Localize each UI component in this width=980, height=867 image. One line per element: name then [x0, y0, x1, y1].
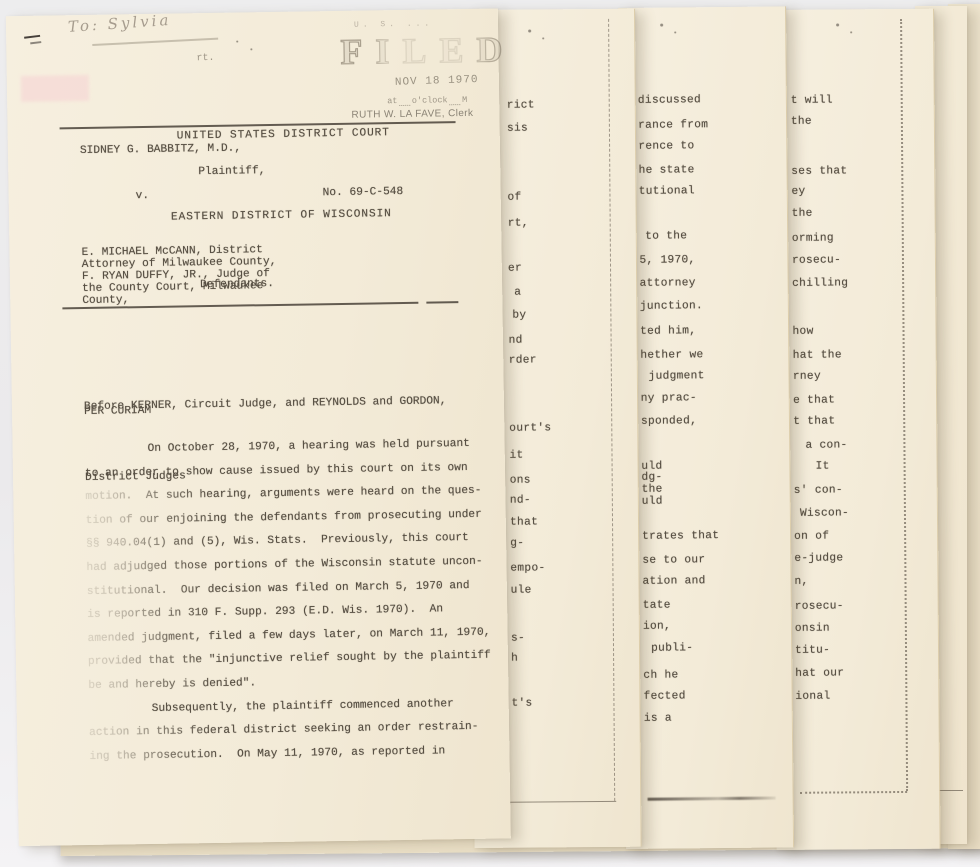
- defendants-block: E. MICHAEL McCANN, DistrictAttorney of M…: [81, 210, 277, 307]
- stamp-time-line: at o'clock M: [387, 95, 467, 106]
- pencil-dash-mark: [24, 35, 40, 39]
- text-fragment: se to our: [642, 554, 705, 567]
- pencil-dash-mark: [30, 41, 41, 44]
- text-fragment: the: [791, 116, 812, 128]
- text-fragment: ion,: [643, 621, 671, 633]
- ink-speck: [660, 24, 663, 27]
- text-fragment: onsin: [795, 623, 830, 635]
- text-fragment: chilling: [792, 277, 848, 289]
- text-fragment: rosecu-: [792, 254, 841, 266]
- text-fragment: junction.: [640, 300, 703, 313]
- text-fragment: titu-: [795, 645, 830, 657]
- text-fragment: rence to: [638, 140, 694, 153]
- ink-speck: [528, 30, 531, 33]
- plaintiff-name: SIDNEY G. BABBITZ, M.D.,: [80, 143, 241, 158]
- text-fragment: is a: [644, 713, 672, 725]
- text-fragment: e-judge: [794, 552, 843, 564]
- text-fragment: 5, 1970,: [639, 254, 695, 267]
- text-fragment: a: [514, 287, 521, 299]
- photocopy-border-line: [800, 791, 907, 794]
- photocopy-border-smudge: [648, 797, 776, 801]
- text-fragment: attorney: [640, 277, 696, 290]
- stamp-oclock: o'clock: [412, 95, 448, 106]
- text-fragment: Wiscon-: [800, 507, 849, 519]
- text-fragment: tate: [643, 600, 671, 612]
- text-fragment: it: [509, 450, 523, 462]
- text-fragment: of: [507, 192, 521, 204]
- stamp-small-text: U. S. ...: [354, 19, 433, 29]
- text-fragment: ule: [511, 585, 532, 597]
- photocopy-border-line: [608, 19, 615, 801]
- text-fragment: nd-: [510, 495, 531, 507]
- ink-speck: [850, 31, 852, 33]
- per-curiam-label: PER CURIAM: [84, 405, 151, 418]
- text-fragment: g-: [510, 538, 524, 550]
- text-fragment: trates that: [642, 530, 719, 543]
- text-fragment: h: [511, 653, 518, 665]
- text-fragment: hat our: [795, 667, 844, 679]
- opinion-body: On October 28, 1970, a hearing was held …: [84, 432, 505, 769]
- text-fragment: ch he: [643, 669, 678, 681]
- text-fragment: s-: [511, 633, 525, 645]
- page4-text-column: t willtheses thateytheormingrosecu-chill…: [770, 9, 933, 10]
- text-fragment: ny prac-: [641, 392, 697, 405]
- stamp-date: NOV 18 1970: [395, 74, 479, 89]
- text-fragment: uld: [642, 496, 663, 508]
- defendants-role: Defendants.: [200, 278, 274, 291]
- photocopy-border-line: [499, 801, 616, 803]
- dotted-leader: [450, 96, 461, 105]
- text-fragment: hat the: [793, 349, 842, 361]
- text-fragment: empo-: [510, 562, 545, 574]
- text-fragment: s' con-: [794, 484, 843, 496]
- handwritten-note: To: Sylvia: [67, 11, 171, 36]
- text-fragment: publi-: [651, 642, 693, 654]
- page3-text-column: discussedrance fromrence tohe statetutio…: [618, 6, 785, 8]
- text-fragment: t will: [791, 95, 833, 107]
- text-fragment: he state: [639, 164, 695, 177]
- text-fragment: on of: [794, 531, 829, 543]
- ink-speck: [236, 41, 238, 43]
- text-fragment: rney: [793, 371, 821, 383]
- photocopy-border-line: [900, 19, 908, 791]
- text-fragment: t's: [511, 698, 532, 710]
- text-fragment: hether we: [640, 349, 703, 362]
- ink-speck: [836, 23, 839, 26]
- text-fragment: ional: [795, 691, 830, 703]
- text-fragment: orming: [792, 233, 834, 245]
- text-fragment: nd: [509, 335, 523, 347]
- text-fragment: n,: [794, 576, 808, 588]
- text-fragment: rosecu-: [795, 600, 844, 612]
- page-3: discussedrance fromrence tohe statetutio…: [618, 6, 794, 849]
- text-fragment: er: [508, 263, 522, 275]
- case-caption: SIDNEY G. BABBITZ, M.D., Plaintiff, v. N…: [80, 144, 122, 241]
- case-number: No. 69-C-548: [323, 186, 404, 199]
- text-fragment: sis: [507, 123, 528, 135]
- text-fragment: ey: [791, 186, 805, 198]
- stamp-time-suffix: M: [462, 95, 467, 105]
- text-fragment: rict: [507, 99, 535, 111]
- text-fragment: the: [642, 484, 663, 496]
- faint-text-fragment: rt.: [196, 53, 214, 64]
- text-fragment: judgment: [648, 370, 704, 383]
- text-fragment: discussed: [638, 94, 701, 107]
- text-fragment: t that: [793, 415, 835, 427]
- text-fragment: by: [512, 310, 526, 322]
- text-fragment: e that: [793, 395, 835, 407]
- handwritten-underline: [92, 38, 218, 46]
- faded-red-stamp-mark: [21, 75, 89, 102]
- text-fragment: that: [510, 516, 538, 528]
- text-fragment: rance from: [638, 119, 708, 132]
- ink-speck: [542, 37, 544, 39]
- versus-label: v.: [136, 190, 150, 202]
- text-fragment: ons: [510, 475, 531, 487]
- document-photo: t willtheses thateytheormingrosecu-chill…: [0, 0, 980, 867]
- ink-speck: [674, 31, 676, 33]
- dotted-leader: [399, 97, 410, 106]
- ink-speck: [250, 48, 252, 50]
- page-1-front: To: Sylvia rt. U. S. ... FILED NOV 18 19…: [6, 8, 511, 846]
- text-fragment: rder: [509, 354, 537, 366]
- text-fragment: ourt's: [509, 422, 551, 434]
- horizontal-rule-segment: [426, 301, 458, 304]
- text-fragment: to the: [645, 230, 687, 242]
- text-fragment: It: [816, 461, 830, 473]
- text-fragment: sponded,: [641, 415, 697, 428]
- text-fragment: fected: [644, 690, 686, 702]
- text-fragment: ted him,: [640, 325, 696, 338]
- text-fragment: rt,: [508, 218, 529, 230]
- text-fragment: a con-: [805, 439, 847, 451]
- text-fragment: how: [792, 326, 813, 338]
- page-4: t willtheses thateytheormingrosecu-chill…: [770, 9, 941, 850]
- text-fragment: dg-: [641, 472, 662, 484]
- plaintiff-role: Plaintiff,: [198, 165, 265, 178]
- text-fragment: tutional: [639, 185, 695, 198]
- text-fragment: ses that: [791, 165, 847, 177]
- text-fragment: the: [792, 208, 813, 220]
- text-fragment: ation and: [642, 575, 705, 588]
